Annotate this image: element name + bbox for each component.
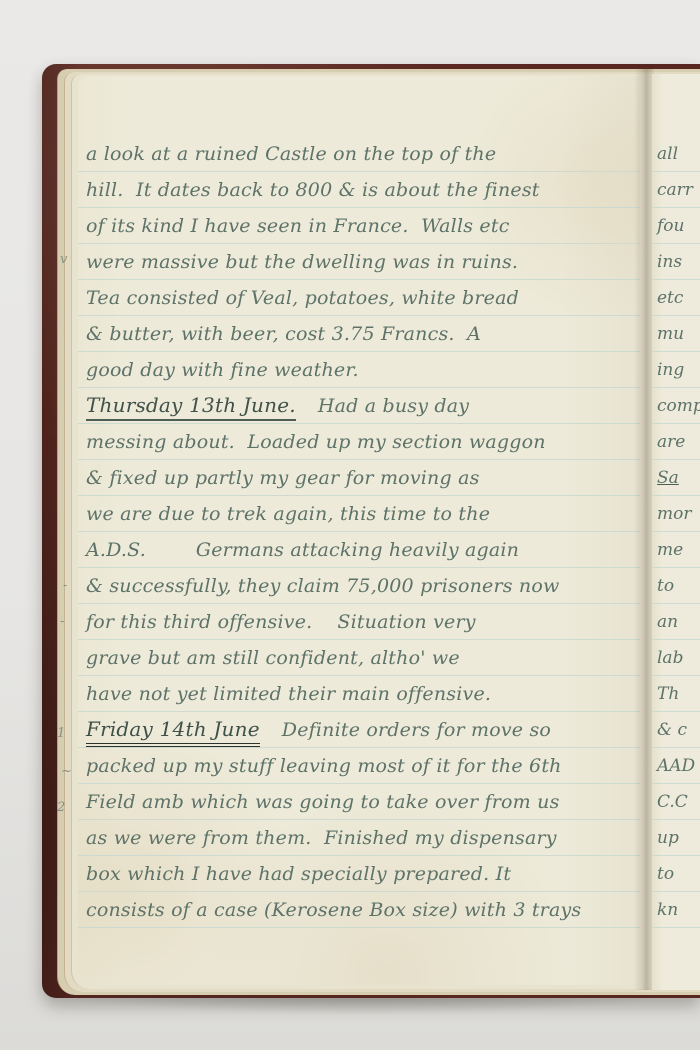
page-fragment: carr <box>657 172 700 208</box>
page-fragment: Th <box>657 676 700 712</box>
line-text: were massive but the dwelling was in rui… <box>86 251 518 273</box>
diary-line: Field amb which was going to take over f… <box>86 784 638 820</box>
diary-line: Friday 14th JuneDefinite orders for move… <box>86 712 638 748</box>
diary-line: messing about. Loaded up my section wagg… <box>86 424 638 460</box>
line-text: messing about. Loaded up my section wagg… <box>86 431 546 453</box>
margin-mark: - <box>63 578 67 593</box>
diary-line: & butter, with beer, cost 3.75 Francs. A <box>86 316 638 352</box>
line-text: Tea consisted of Veal, potatoes, white b… <box>86 287 519 309</box>
diary-line: packed up my stuff leaving most of it fo… <box>86 748 638 784</box>
diary-line: as we were from them. Finished my dispen… <box>86 820 638 856</box>
diary-line: A.D.S. Germans attacking heavily again <box>86 532 638 568</box>
line-text: A.D.S. Germans attacking heavily again <box>86 539 519 561</box>
diary-line: & fixed up partly my gear for moving as <box>86 460 638 496</box>
page-fragment: an <box>657 604 700 640</box>
page-fragment: mu <box>657 316 700 352</box>
margin-mark: - <box>60 614 64 629</box>
page-fragment: to <box>657 568 700 604</box>
diary-photo: a look at a ruined Castle on the top of … <box>0 0 700 1050</box>
date-heading-friday: Friday 14th June <box>86 715 260 747</box>
page-fragment: Sa <box>657 460 700 496</box>
page-fragment: kn <box>657 892 700 928</box>
line-text: have not yet limited their main offensiv… <box>86 683 491 705</box>
page-fragment: mor <box>657 496 700 532</box>
diary-line: consists of a case (Kerosene Box size) w… <box>86 892 638 928</box>
line-text: Definite orders for move so <box>282 719 551 741</box>
page-fragment: lab <box>657 640 700 676</box>
diary-line: we are due to trek again, this time to t… <box>86 496 638 532</box>
handwriting-block: a look at a ruined Castle on the top of … <box>86 136 638 928</box>
date-heading-thursday: Thursday 13th June. <box>86 391 296 421</box>
margin-mark: ~ <box>61 764 72 779</box>
diary-line: & successfully, they claim 75,000 prison… <box>86 568 638 604</box>
page-fragment: AAD <box>657 748 700 784</box>
page-fragment: comp <box>657 388 700 424</box>
page-fragment: & c <box>657 712 700 748</box>
gutter-fold <box>634 68 654 990</box>
margin-mark: 1 <box>57 726 65 741</box>
diary-line: for this third offensive. Situation very <box>86 604 638 640</box>
right-page-text: all carr fou ins etc mu ing comp are Sa … <box>657 136 700 928</box>
diary-line: hill. It dates back to 800 & is about th… <box>86 172 638 208</box>
page-fragment: ing <box>657 352 700 388</box>
page-fragment: me <box>657 532 700 568</box>
diary-line: Thursday 13th June.Had a busy day <box>86 388 638 424</box>
line-text: of its kind I have seen in France. Walls… <box>86 215 510 237</box>
margin-mark: 2 <box>57 800 65 815</box>
page-fragment: all <box>657 136 700 172</box>
diary-line: of its kind I have seen in France. Walls… <box>86 208 638 244</box>
line-text: grave but am still confident, altho' we <box>86 647 460 669</box>
line-text: hill. It dates back to 800 & is about th… <box>86 179 540 201</box>
diary-line: good day with fine weather. <box>86 352 638 388</box>
page-fragment: are <box>657 424 700 460</box>
page-fragment: etc <box>657 280 700 316</box>
line-text: Had a busy day <box>318 395 469 417</box>
diary-line: grave but am still confident, altho' we <box>86 640 638 676</box>
line-text: & successfully, they claim 75,000 prison… <box>86 575 559 597</box>
line-text: we are due to trek again, this time to t… <box>86 503 490 525</box>
line-text: Field amb which was going to take over f… <box>86 791 560 813</box>
margin-mark: v <box>60 252 67 267</box>
line-text: good day with fine weather. <box>86 359 359 381</box>
diary-line: Tea consisted of Veal, potatoes, white b… <box>86 280 638 316</box>
page-fragment: up <box>657 820 700 856</box>
diary-line: were massive but the dwelling was in rui… <box>86 244 638 280</box>
line-text: a look at a ruined Castle on the top of … <box>86 143 496 165</box>
line-text: packed up my stuff leaving most of it fo… <box>86 755 562 777</box>
line-text: & butter, with beer, cost 3.75 Francs. A <box>86 323 481 345</box>
diary-page-right: all carr fou ins etc mu ing comp are Sa … <box>652 74 700 990</box>
diary-line: have not yet limited their main offensiv… <box>86 676 638 712</box>
diary-page-left: a look at a ruined Castle on the top of … <box>78 76 640 985</box>
page-fragment: fou <box>657 208 700 244</box>
diary-line: a look at a ruined Castle on the top of … <box>86 136 638 172</box>
line-text: box which I have had specially prepared.… <box>86 863 511 885</box>
page-fragment: to <box>657 856 700 892</box>
line-text: for this third offensive. Situation very <box>86 611 476 633</box>
line-text: as we were from them. Finished my dispen… <box>86 827 557 849</box>
page-fragment: ins <box>657 244 700 280</box>
diary-line: box which I have had specially prepared.… <box>86 856 638 892</box>
page-fragment: C.C <box>657 784 700 820</box>
line-text: & fixed up partly my gear for moving as <box>86 467 480 489</box>
line-text: consists of a case (Kerosene Box size) w… <box>86 899 581 921</box>
